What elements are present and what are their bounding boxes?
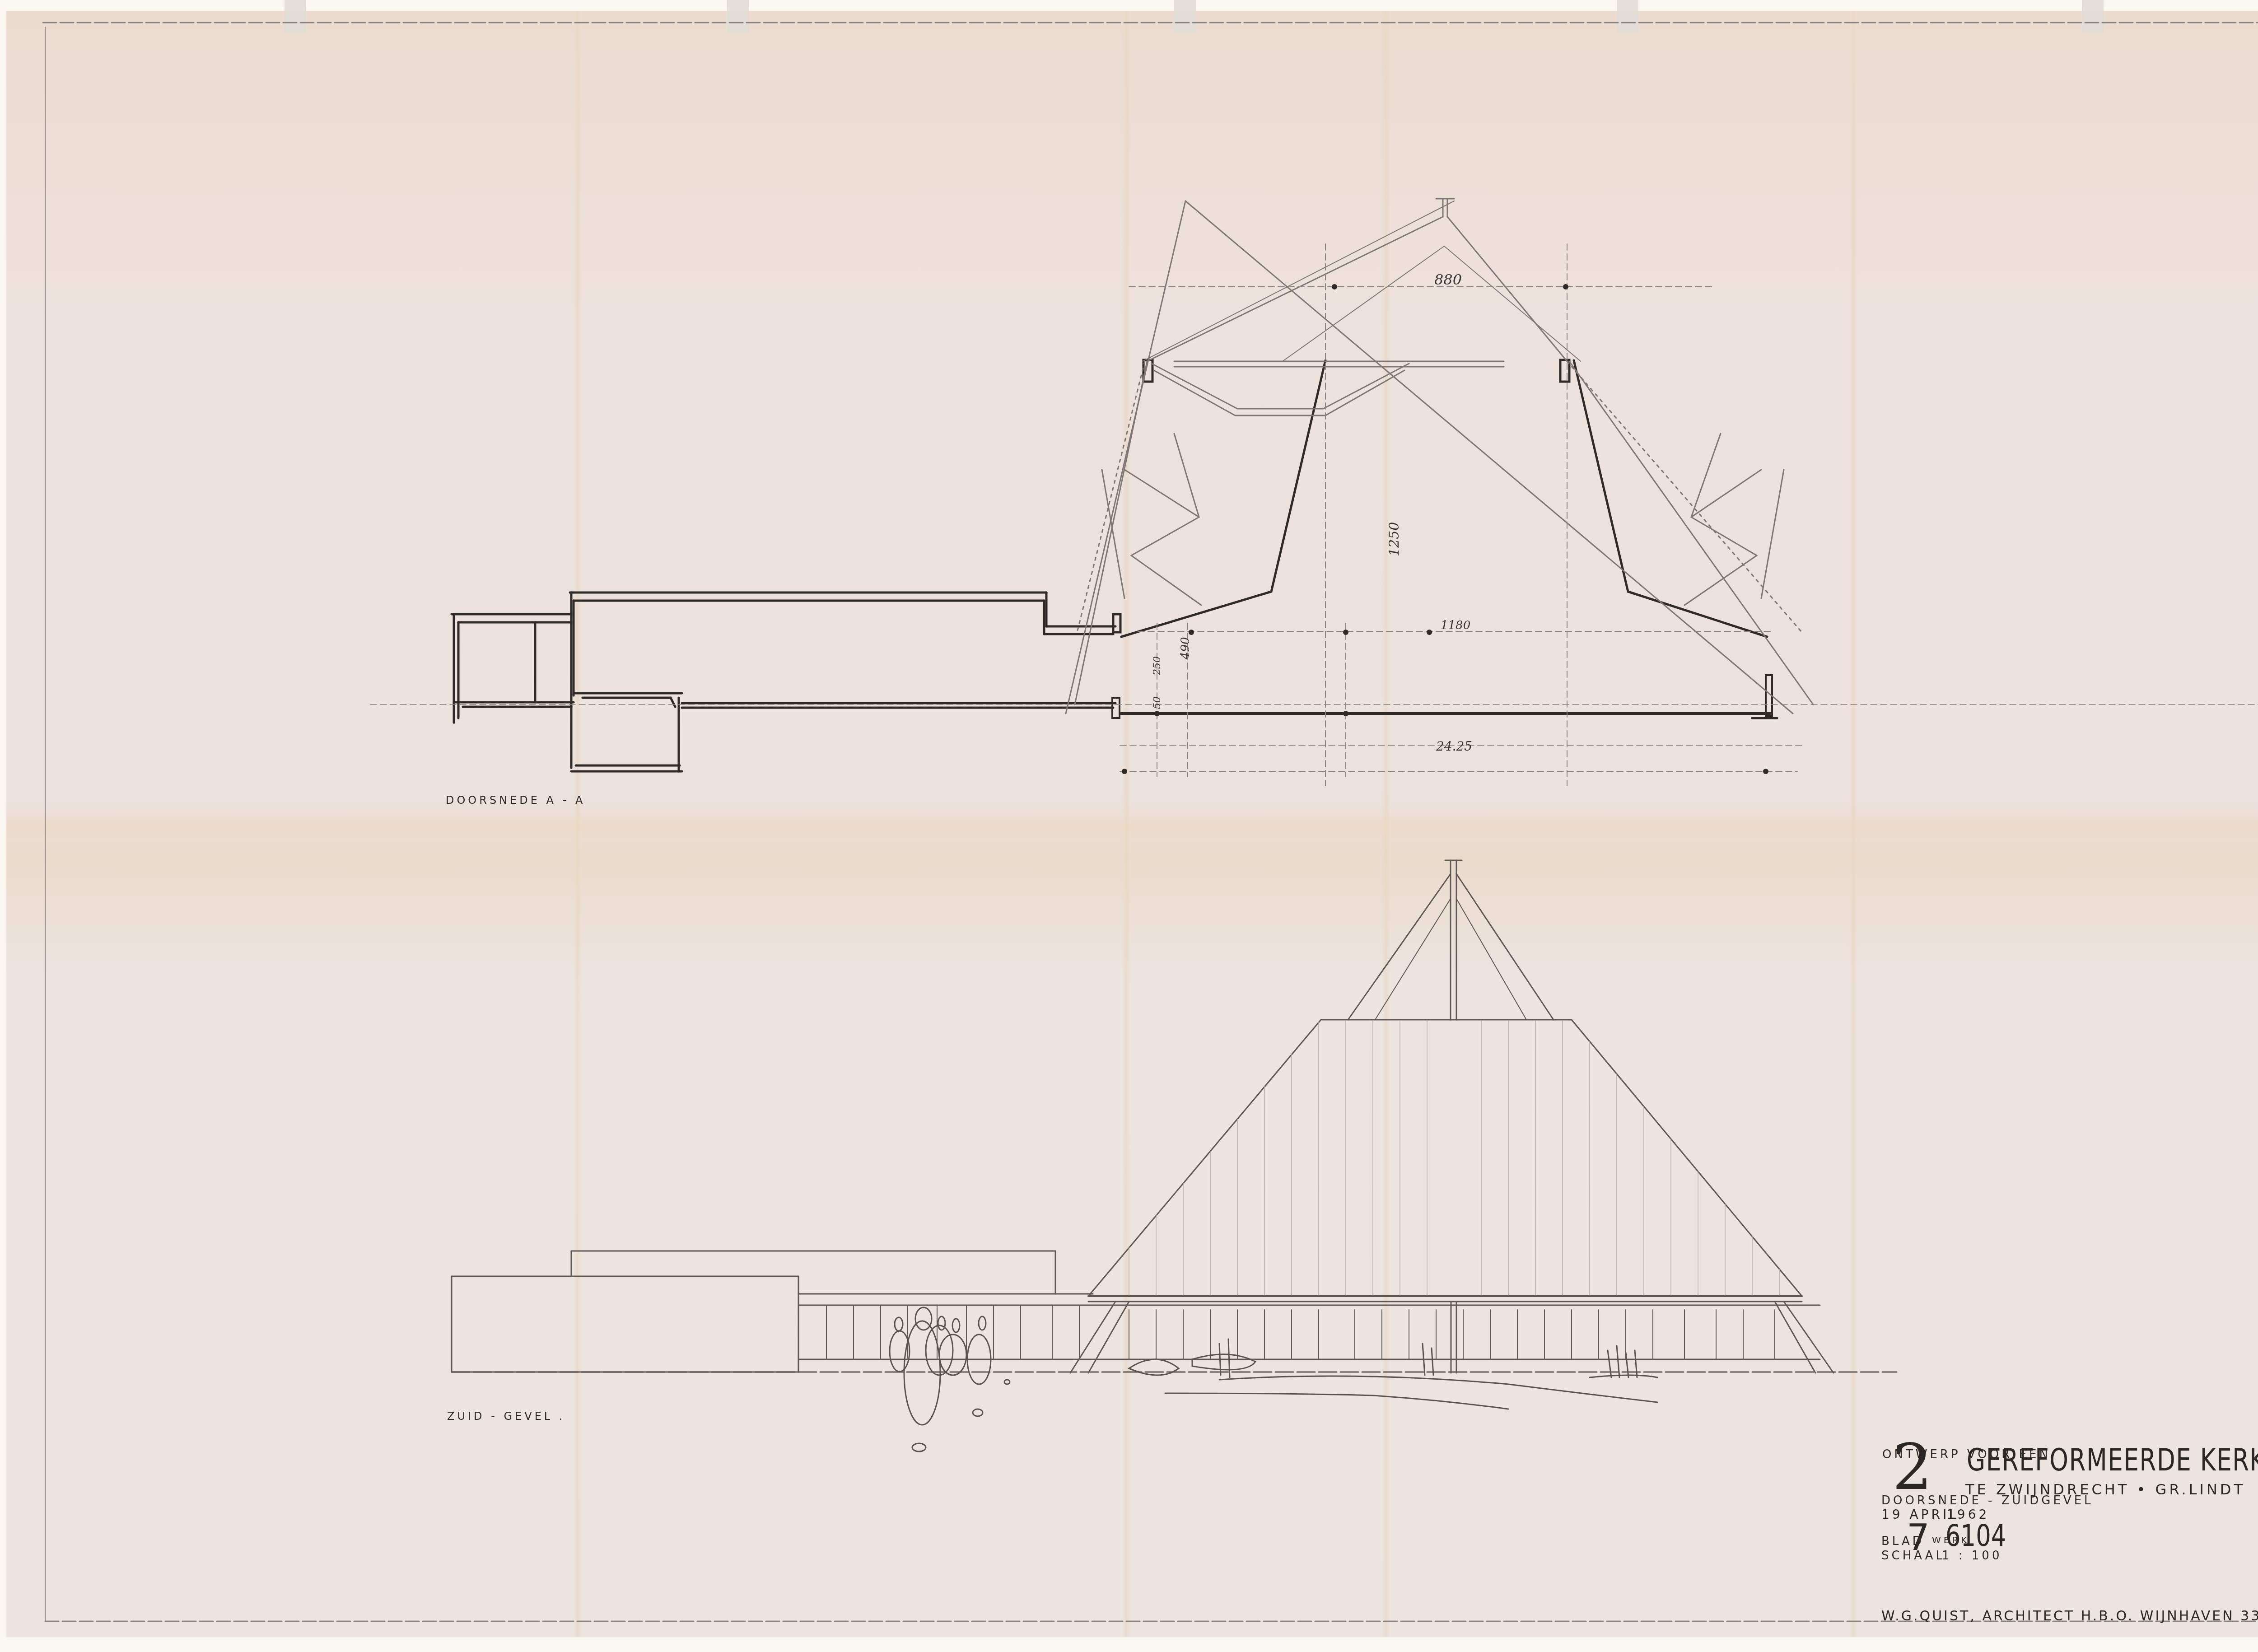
sheet-contents: DOORSNEDE - ZUIDGEVEL	[1881, 1495, 2094, 1507]
dimension-lines	[370, 244, 2258, 786]
sheet-border	[43, 23, 2258, 1621]
dimension-dots	[1122, 284, 1768, 774]
dim-inner-span: 1180	[1441, 619, 1470, 632]
dim-floor-offset: 50	[1152, 696, 1163, 709]
scale-value: 1 : 100	[1942, 1550, 2002, 1562]
job-number: 6104	[1945, 1521, 2006, 1551]
dim-total-width: 24.25	[1436, 739, 1472, 754]
dim-interior-height: 1250	[1386, 522, 1402, 556]
section-a-a	[452, 360, 1777, 771]
drawing-title: GEREFORMEERDE KERK	[1967, 1445, 2258, 1476]
elevation-label: ZUID - GEVEL .	[447, 1411, 565, 1422]
dim-wall-height: 490	[1179, 637, 1192, 659]
figures-sketch	[890, 1307, 1657, 1451]
section-label: DOORSNEDE A - A	[446, 795, 585, 806]
design-number: 2	[1892, 1436, 1932, 1499]
architectural-drawing	[0, 0, 2258, 1652]
south-elevation	[452, 860, 1897, 1373]
scale-label: SCHAAL	[1881, 1550, 1945, 1562]
roof-hatching	[1129, 1021, 1779, 1295]
dim-apex-height: 880	[1434, 271, 1462, 288]
architect-line: W.G.QUIST, ARCHITECT H.B.O. WIJNHAVEN 33…	[1881, 1610, 2258, 1623]
dim-low-height: 250	[1152, 656, 1163, 675]
